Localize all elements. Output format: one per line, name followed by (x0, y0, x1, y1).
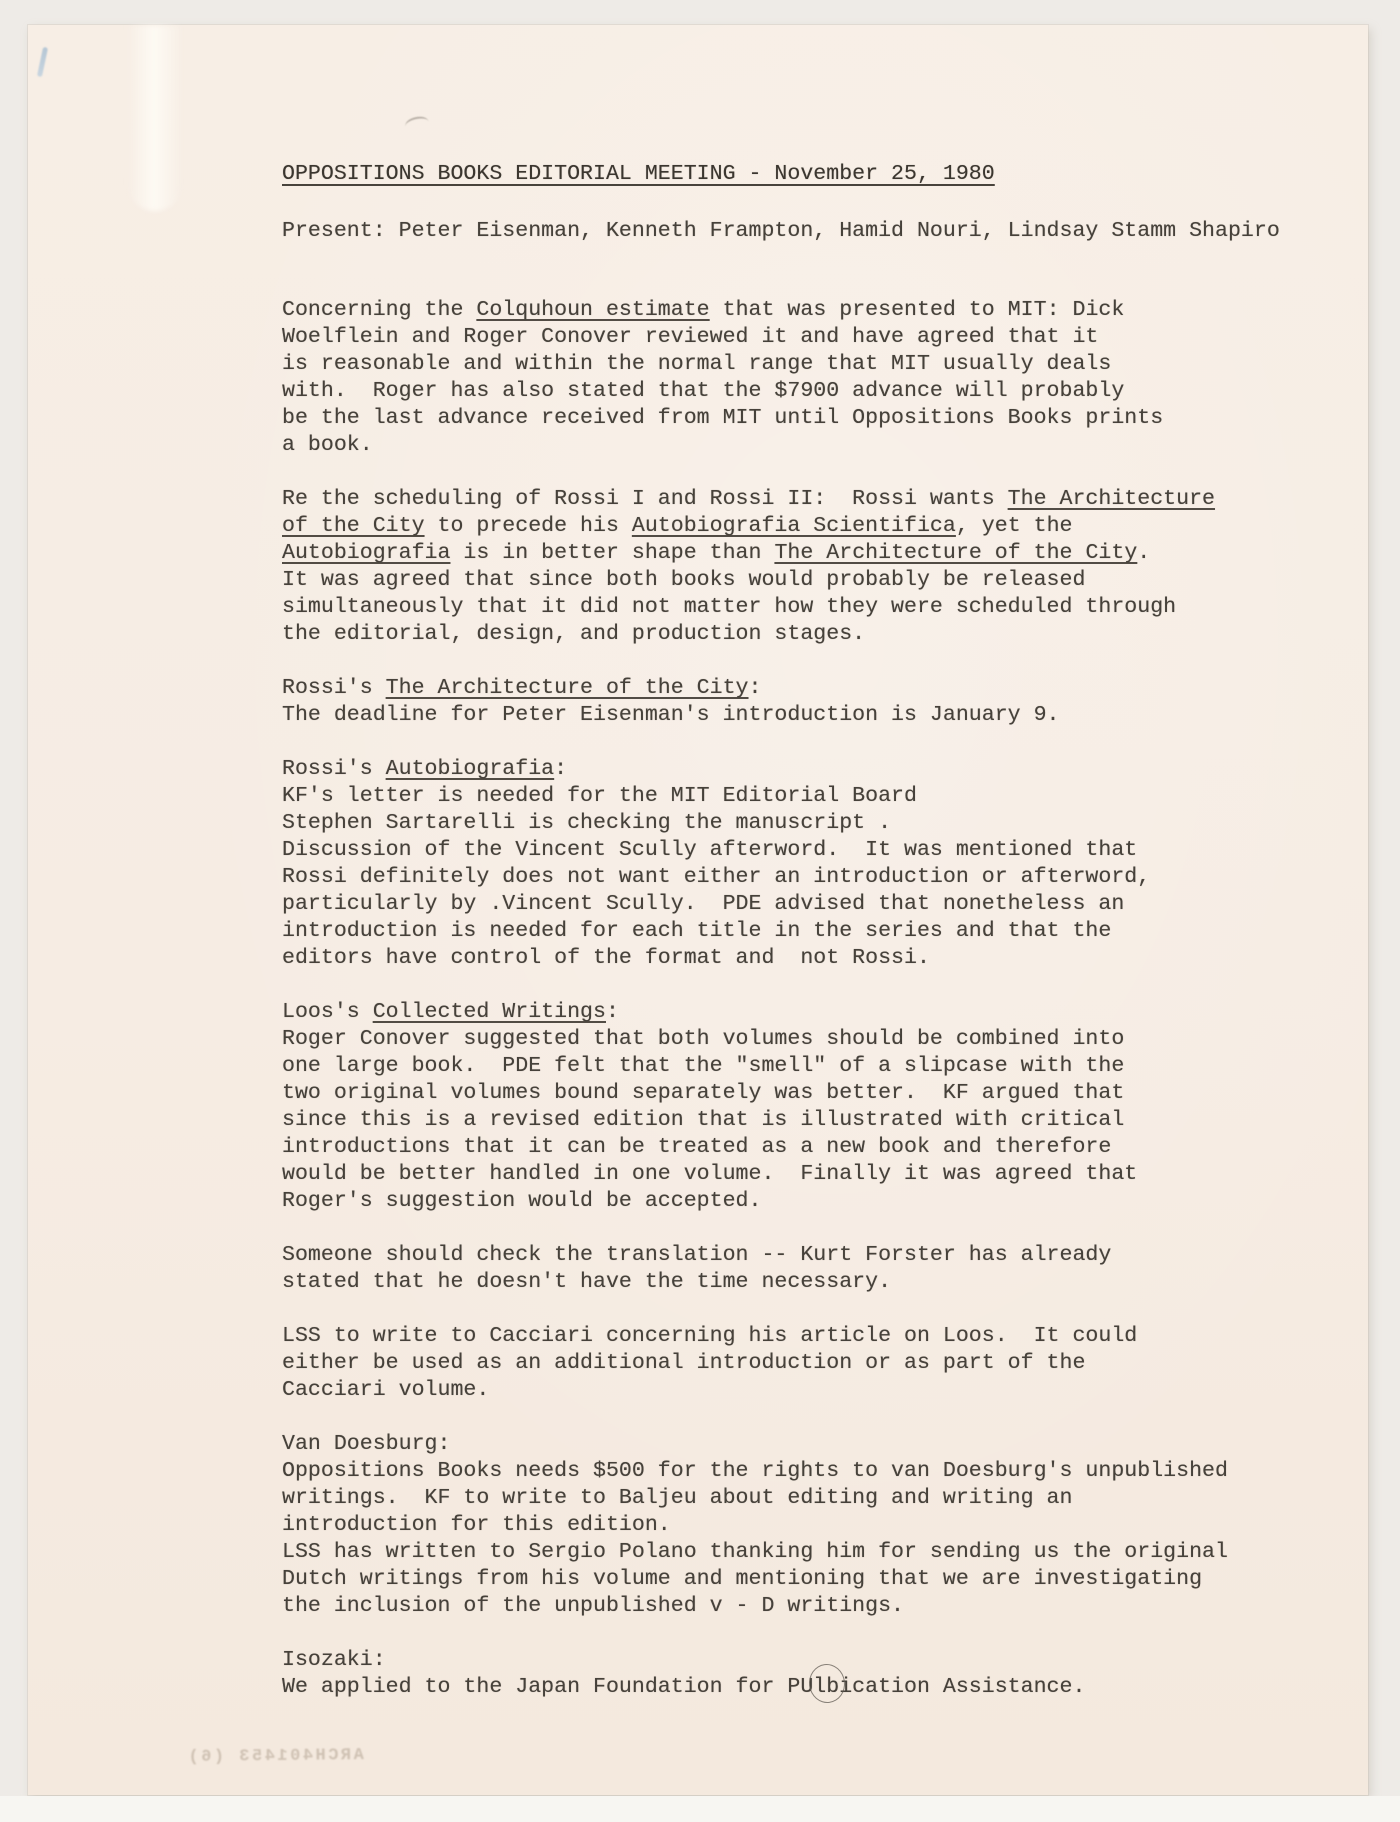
paragraph: LSS to write to Cacciari concerning his … (282, 1323, 1374, 1404)
text-line: Stephen Sartarelli is checking the manus… (282, 810, 1374, 837)
text-segment: a book. (282, 433, 373, 457)
text-segment: Roger Conover suggested that both volume… (282, 1027, 1124, 1051)
text-segment: introduction for this edition. (282, 1513, 671, 1537)
text-segment: Rossi's (282, 757, 386, 781)
text-line: one large book. PDE felt that the "smell… (282, 1053, 1374, 1080)
text-segment: : (554, 757, 567, 781)
text-segment: either be used as an additional introduc… (282, 1351, 1085, 1375)
text-line: either be used as an additional introduc… (282, 1350, 1374, 1377)
text-segment: We applied to the Japan Foundation for P… (282, 1675, 813, 1699)
text-line: would be better handled in one volume. F… (282, 1161, 1374, 1188)
underlined-text: Collected Writings (373, 1000, 606, 1024)
paragraph: Rossi's Autobiografia:KF's letter is nee… (282, 756, 1374, 972)
text-segment: Discussion of the Vincent Scully afterwo… (282, 838, 1137, 862)
text-line: the inclusion of the unpublished v - D w… (282, 1593, 1374, 1620)
text-segment: Concerning the (282, 298, 476, 322)
text-segment: be the last advance received from MIT un… (282, 406, 1163, 430)
text-segment: with. Roger has also stated that the $79… (282, 379, 1124, 403)
paper-crease-mark (127, 25, 183, 211)
underlined-text: The Architecture (1008, 487, 1215, 511)
text-line: introductions that it can be treated as … (282, 1134, 1374, 1161)
text-line: the editorial, design, and production st… (282, 621, 1374, 648)
text-line: editors have control of the format and n… (282, 945, 1374, 972)
text-segment: writings. KF to write to Baljeu about ed… (282, 1486, 1072, 1510)
text-line: Autobiografia is in better shape than Th… (282, 540, 1374, 567)
text-line: Oppositions Books needs $500 for the rig… (282, 1458, 1374, 1485)
scan-background: OPPOSITIONS BOOKS EDITORIAL MEETING - No… (0, 0, 1400, 1822)
text-line: Dutch writings from his volume and menti… (282, 1566, 1374, 1593)
text-line: Van Doesburg: (282, 1431, 1374, 1458)
text-segment: would be better handled in one volume. F… (282, 1162, 1137, 1186)
text-line: Roger Conover suggested that both volume… (282, 1026, 1374, 1053)
text-segment: The deadline for Peter Eisenman's introd… (282, 703, 1060, 727)
text-segment: Oppositions Books needs $500 for the rig… (282, 1459, 1228, 1483)
text-segment: LSS to write to Cacciari concerning his … (282, 1324, 1137, 1348)
text-line: writings. KF to write to Baljeu about ed… (282, 1485, 1374, 1512)
text-segment: Van Doesburg: (282, 1432, 450, 1456)
typewritten-content: OPPOSITIONS BOOKS EDITORIAL MEETING - No… (282, 161, 1374, 1701)
text-segment: LSS has written to Sergio Polano thankin… (282, 1540, 1228, 1564)
text-line: since this is a revised edition that is … (282, 1107, 1374, 1134)
text-line: particularly by .Vincent Scully. PDE adv… (282, 891, 1374, 918)
underlined-text: of the City (282, 514, 425, 538)
underlined-text: The Architecture of the City (774, 541, 1137, 565)
paragraph: Someone should check the translation -- … (282, 1242, 1374, 1296)
text-segment: Cacciari volume. (282, 1378, 489, 1402)
text-segment: It was agreed that since both books woul… (282, 568, 1085, 592)
text-segment: : (606, 1000, 619, 1024)
paragraph: Rossi's The Architecture of the City:The… (282, 675, 1374, 729)
text-segment: KF's letter is needed for the MIT Editor… (282, 784, 917, 808)
pencil-squiggle-mark (404, 115, 430, 134)
text-line: Re the scheduling of Rossi I and Rossi I… (282, 486, 1374, 513)
text-line: simultaneously that it did not matter ho… (282, 594, 1374, 621)
text-line: Rossi's Autobiografia: (282, 756, 1374, 783)
text-segment: simultaneously that it did not matter ho… (282, 595, 1176, 619)
text-line: a book. (282, 432, 1374, 459)
text-segment: is reasonable and within the normal rang… (282, 352, 1111, 376)
paragraph: Concerning the Colquhoun estimate that w… (282, 297, 1374, 459)
text-line: Rossi's The Architecture of the City: (282, 675, 1374, 702)
blue-pen-mark (37, 47, 48, 77)
attendees-line: Present: Peter Eisenman, Kenneth Frampto… (282, 218, 1374, 245)
text-line: Rossi definitely does not want either an… (282, 864, 1374, 891)
text-line: Roger's suggestion would be accepted. (282, 1188, 1374, 1215)
text-segment: to precede his (425, 514, 632, 538)
text-segment: editors have control of the format and n… (282, 946, 930, 970)
text-segment: the editorial, design, and production st… (282, 622, 865, 646)
text-segment: Roger's suggestion would be accepted. (282, 1189, 761, 1213)
text-segment: two original volumes bound separately wa… (282, 1081, 1124, 1105)
text-line: KF's letter is needed for the MIT Editor… (282, 783, 1374, 810)
text-segment: Rossi definitely does not want either an… (282, 865, 1150, 889)
text-segment: Stephen Sartarelli is checking the manus… (282, 811, 891, 835)
paragraph: Re the scheduling of Rossi I and Rossi I… (282, 486, 1374, 648)
text-line: stated that he doesn't have the time nec… (282, 1269, 1374, 1296)
text-line: LSS to write to Cacciari concerning his … (282, 1323, 1374, 1350)
text-segment: Dutch writings from his volume and menti… (282, 1567, 1202, 1591)
text-segment: Re the scheduling of Rossi I and Rossi I… (282, 487, 1008, 511)
text-line: introduction for this edition. (282, 1512, 1374, 1539)
text-segment: particularly by .Vincent Scully. PDE adv… (282, 892, 1124, 916)
paragraph: Loos's Collected Writings:Roger Conover … (282, 999, 1374, 1215)
paragraph: Isozaki:We applied to the Japan Foundati… (282, 1647, 1374, 1701)
text-line: Cacciari volume. (282, 1377, 1374, 1404)
text-line: The deadline for Peter Eisenman's introd… (282, 702, 1374, 729)
text-segment: stated that he doesn't have the time nec… (282, 1270, 891, 1294)
text-line: be the last advance received from MIT un… (282, 405, 1374, 432)
text-segment: since this is a revised edition that is … (282, 1108, 1124, 1132)
text-line: two original volumes bound separately wa… (282, 1080, 1374, 1107)
text-line: Discussion of the Vincent Scully afterwo… (282, 837, 1374, 864)
underlined-text: Autobiografia (282, 541, 450, 565)
underlined-text: Autobiografia (386, 757, 554, 781)
text-line: Concerning the Colquhoun estimate that w… (282, 297, 1374, 324)
text-segment: Loos's (282, 1000, 373, 1024)
text-line: It was agreed that since both books woul… (282, 567, 1374, 594)
document-body: Concerning the Colquhoun estimate that w… (282, 297, 1374, 1701)
text-segment: introductions that it can be treated as … (282, 1135, 1111, 1159)
text-segment: the inclusion of the unpublished v - D w… (282, 1594, 904, 1618)
text-segment: Rossi's (282, 676, 386, 700)
text-line: LSS has written to Sergio Polano thankin… (282, 1539, 1374, 1566)
text-segment: Woelflein and Roger Conover reviewed it … (282, 325, 1098, 349)
text-segment: Someone should check the translation -- … (282, 1243, 1111, 1267)
text-segment: ication Assistance. (839, 1675, 1085, 1699)
document-title: OPPOSITIONS BOOKS EDITORIAL MEETING - No… (282, 161, 1374, 188)
text-segment: is in better shape than (450, 541, 774, 565)
underlined-text: The Architecture of the City (386, 676, 749, 700)
text-segment: that was presented to MIT: Dick (710, 298, 1125, 322)
underlined-text: Colquhoun estimate (476, 298, 709, 322)
scanner-bed-strip (0, 1796, 1400, 1822)
text-segment: introduction is needed for each title in… (282, 919, 1111, 943)
text-segment: : (749, 676, 762, 700)
circled-correction: lb (813, 1674, 839, 1701)
paper-sheet: OPPOSITIONS BOOKS EDITORIAL MEETING - No… (28, 25, 1368, 1795)
text-line: Loos's Collected Writings: (282, 999, 1374, 1026)
text-line: We applied to the Japan Foundation for P… (282, 1674, 1374, 1701)
text-line: of the City to precede his Autobiografia… (282, 513, 1374, 540)
text-line: Someone should check the translation -- … (282, 1242, 1374, 1269)
text-line: with. Roger has also stated that the $79… (282, 378, 1374, 405)
text-line: is reasonable and within the normal rang… (282, 351, 1374, 378)
paragraph: Van Doesburg:Oppositions Books needs $50… (282, 1431, 1374, 1620)
underlined-text: Autobiografia Scientifica (632, 514, 956, 538)
text-line: introduction is needed for each title in… (282, 918, 1374, 945)
text-segment: , yet the (956, 514, 1073, 538)
bleed-through-stamp: ARCH401453 (6) (186, 1746, 364, 1767)
text-segment: Isozaki: (282, 1648, 386, 1672)
text-segment: one large book. PDE felt that the "smell… (282, 1054, 1124, 1078)
text-segment: . (1137, 541, 1150, 565)
text-line: Woelflein and Roger Conover reviewed it … (282, 324, 1374, 351)
